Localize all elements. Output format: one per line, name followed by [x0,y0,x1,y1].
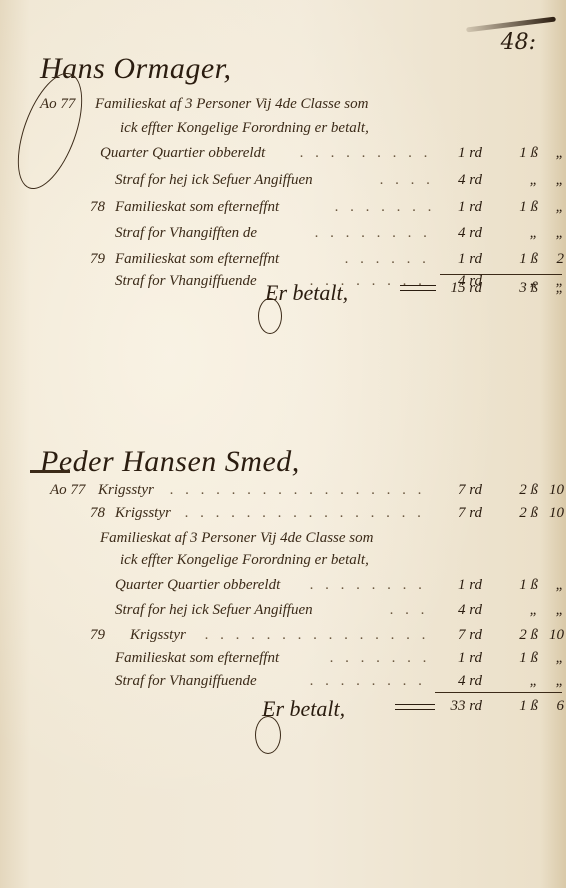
amount-skilling: 2 ß [519,482,538,499]
amount-rigsdaler: 4 rd [458,172,482,189]
line-text: ick effter Kongelige Forordning er betal… [120,120,369,137]
leader-dots: . . . . . . . . [335,199,432,216]
amount-penning: „ [556,225,564,242]
amount-rigsdaler: 1 rd [458,199,482,216]
amount-penning: 10 [549,627,564,644]
line-text: Familieskat som efterneffnt [115,251,279,268]
leader-dots: . . . . . . . . . . . . . . . . . . [170,482,432,499]
line-text: Krigsstyr [130,627,186,644]
sum-rule [435,692,562,693]
leader-dots: . . . [390,602,432,619]
leader-dots: . . . . . . . [345,251,432,268]
amount-skilling: „ [530,602,538,619]
line-text: Familieskat som efterneffnt [115,650,279,667]
total-skilling: 3 ß [519,280,538,297]
amount-penning: „ [556,602,564,619]
amount-skilling: 1 ß [519,577,538,594]
line-text: Familieskat af 3 Personer Vij 4de Classe… [100,530,373,547]
folio-number: 48: [501,30,536,55]
amount-skilling: „ [530,172,538,189]
ledger-line: Familieskat af 3 Personer Vij 4de Classe… [0,530,566,554]
amount-skilling: 1 ß [519,199,538,216]
amount-rigsdaler: 4 rd [458,602,482,619]
amount-rigsdaler: 7 rd [458,482,482,499]
leader-dots: . . . . . . . . . . . . . . . [205,627,432,644]
amount-skilling: „ [530,673,538,690]
ledger-line: 78 Krigsstyr . . . . . . . . . . . . . .… [0,505,566,529]
ledger-line: Quarter Quartier obbereldt . . . . . . .… [0,145,566,169]
line-text: ick effter Kongelige Forordning er betal… [120,552,369,569]
ledger-line: Quarter Quartier obbereldt . . . . . . .… [0,577,566,601]
ledger-line: Ao 77 Krigsstyr . . . . . . . . . . . . … [0,482,566,506]
total-rigsdaler: 15 rd [450,280,482,297]
amount-rigsdaler: 7 rd [458,505,482,522]
leader-dots: . . . . . . . . [310,673,432,690]
amount-skilling: „ [530,225,538,242]
ledger-line: ick effter Kongelige Forordning er betal… [0,120,566,144]
line-text: Familieskat som efterneffnt [115,199,279,216]
line-text: Quarter Quartier obbereldt [100,145,265,162]
amount-rigsdaler: 1 rd [458,145,482,162]
total-line: 15 rd 3 ß „ [0,280,566,304]
amount-penning: 10 [549,482,564,499]
total-skilling: 1 ß [519,698,538,715]
amount-skilling: 1 ß [519,650,538,667]
amount-penning: „ [556,145,564,162]
leader-dots: . . . . . . . . . . . . . . . . . [185,505,432,522]
ledger-line: ick effter Kongelige Forordning er betal… [0,552,566,576]
amount-rigsdaler: 1 rd [458,577,482,594]
ledger-line: Straf for hej ick Sefuer Angiffuen . . .… [0,602,566,626]
line-text: Quarter Quartier obbereldt [115,577,280,594]
amount-rigsdaler: 7 rd [458,627,482,644]
ledger-line: Straf for hej ick Sefuer Angiffuen . . .… [0,172,566,196]
line-text: Straf for hej ick Sefuer Angiffuen [115,172,313,189]
amount-penning: „ [556,172,564,189]
leader-dots: . . . . . . . . . . [300,145,432,162]
leader-dots: . . . . [380,172,432,189]
amount-rigsdaler: 1 rd [458,251,482,268]
year-number: 78 [90,199,105,216]
ledger-line: Ao 77 Familieskat af 3 Personer Vij 4de … [0,96,566,120]
line-text: Krigsstyr [98,482,154,499]
line-text: Straf for Vhangifften de [115,225,257,242]
leader-dots: . . . . . . . . . . [310,577,432,594]
amount-penning: 10 [549,505,564,522]
total-rigsdaler: 33 rd [450,698,482,715]
line-text: Familieskat af 3 Personer Vij 4de Classe… [95,96,368,113]
leader-dots: . . . . . . . . . [330,650,432,667]
line-text: Straf for hej ick Sefuer Angiffuen [115,602,313,619]
amount-skilling: 1 ß [519,251,538,268]
total-penning: 6 [557,698,565,715]
amount-rigsdaler: 1 rd [458,650,482,667]
amount-skilling: 2 ß [519,627,538,644]
ledger-line: 79 Familieskat som efterneffnt . . . . .… [0,251,566,275]
ledger-page: 48: Hans Ormager, Ao 77 Familieskat af 3… [0,0,566,888]
line-text: Krigsstyr [115,505,171,522]
year-number: 79 [90,251,105,268]
sum-rule [440,274,562,275]
heading-stroke [30,470,70,473]
year-number: 78 [90,505,105,522]
total-penning: „ [556,280,564,297]
ledger-line: Familieskat som efterneffnt . . . . . . … [0,650,566,674]
amount-penning: „ [556,199,564,216]
amount-penning: „ [556,650,564,667]
leader-dots: . . . . . . . . . [315,225,432,242]
line-text: Straf for Vhangiffuende [115,673,257,690]
year-number: Ao 77 [40,96,75,113]
amount-rigsdaler: 4 rd [458,673,482,690]
ledger-line: Straf for Vhangifften de . . . . . . . .… [0,225,566,249]
ledger-line: Straf for Vhangiffuende . . . . . . . . … [0,673,566,697]
amount-penning: „ [556,577,564,594]
ledger-line: 78 Familieskat som efterneffnt . . . . .… [0,199,566,223]
amount-skilling: 1 ß [519,145,538,162]
amount-skilling: 2 ß [519,505,538,522]
amount-penning: „ [556,673,564,690]
ledger-line: 79 Krigsstyr . . . . . . . . . . . . . .… [0,627,566,651]
entry-heading: Peder Hansen Smed, [40,445,300,479]
year-number: 79 [90,627,105,644]
year-number: Ao 77 [50,482,85,499]
amount-rigsdaler: 4 rd [458,225,482,242]
total-line: 33 rd 1 ß 6 [0,698,566,722]
amount-penning: 2 [557,251,565,268]
